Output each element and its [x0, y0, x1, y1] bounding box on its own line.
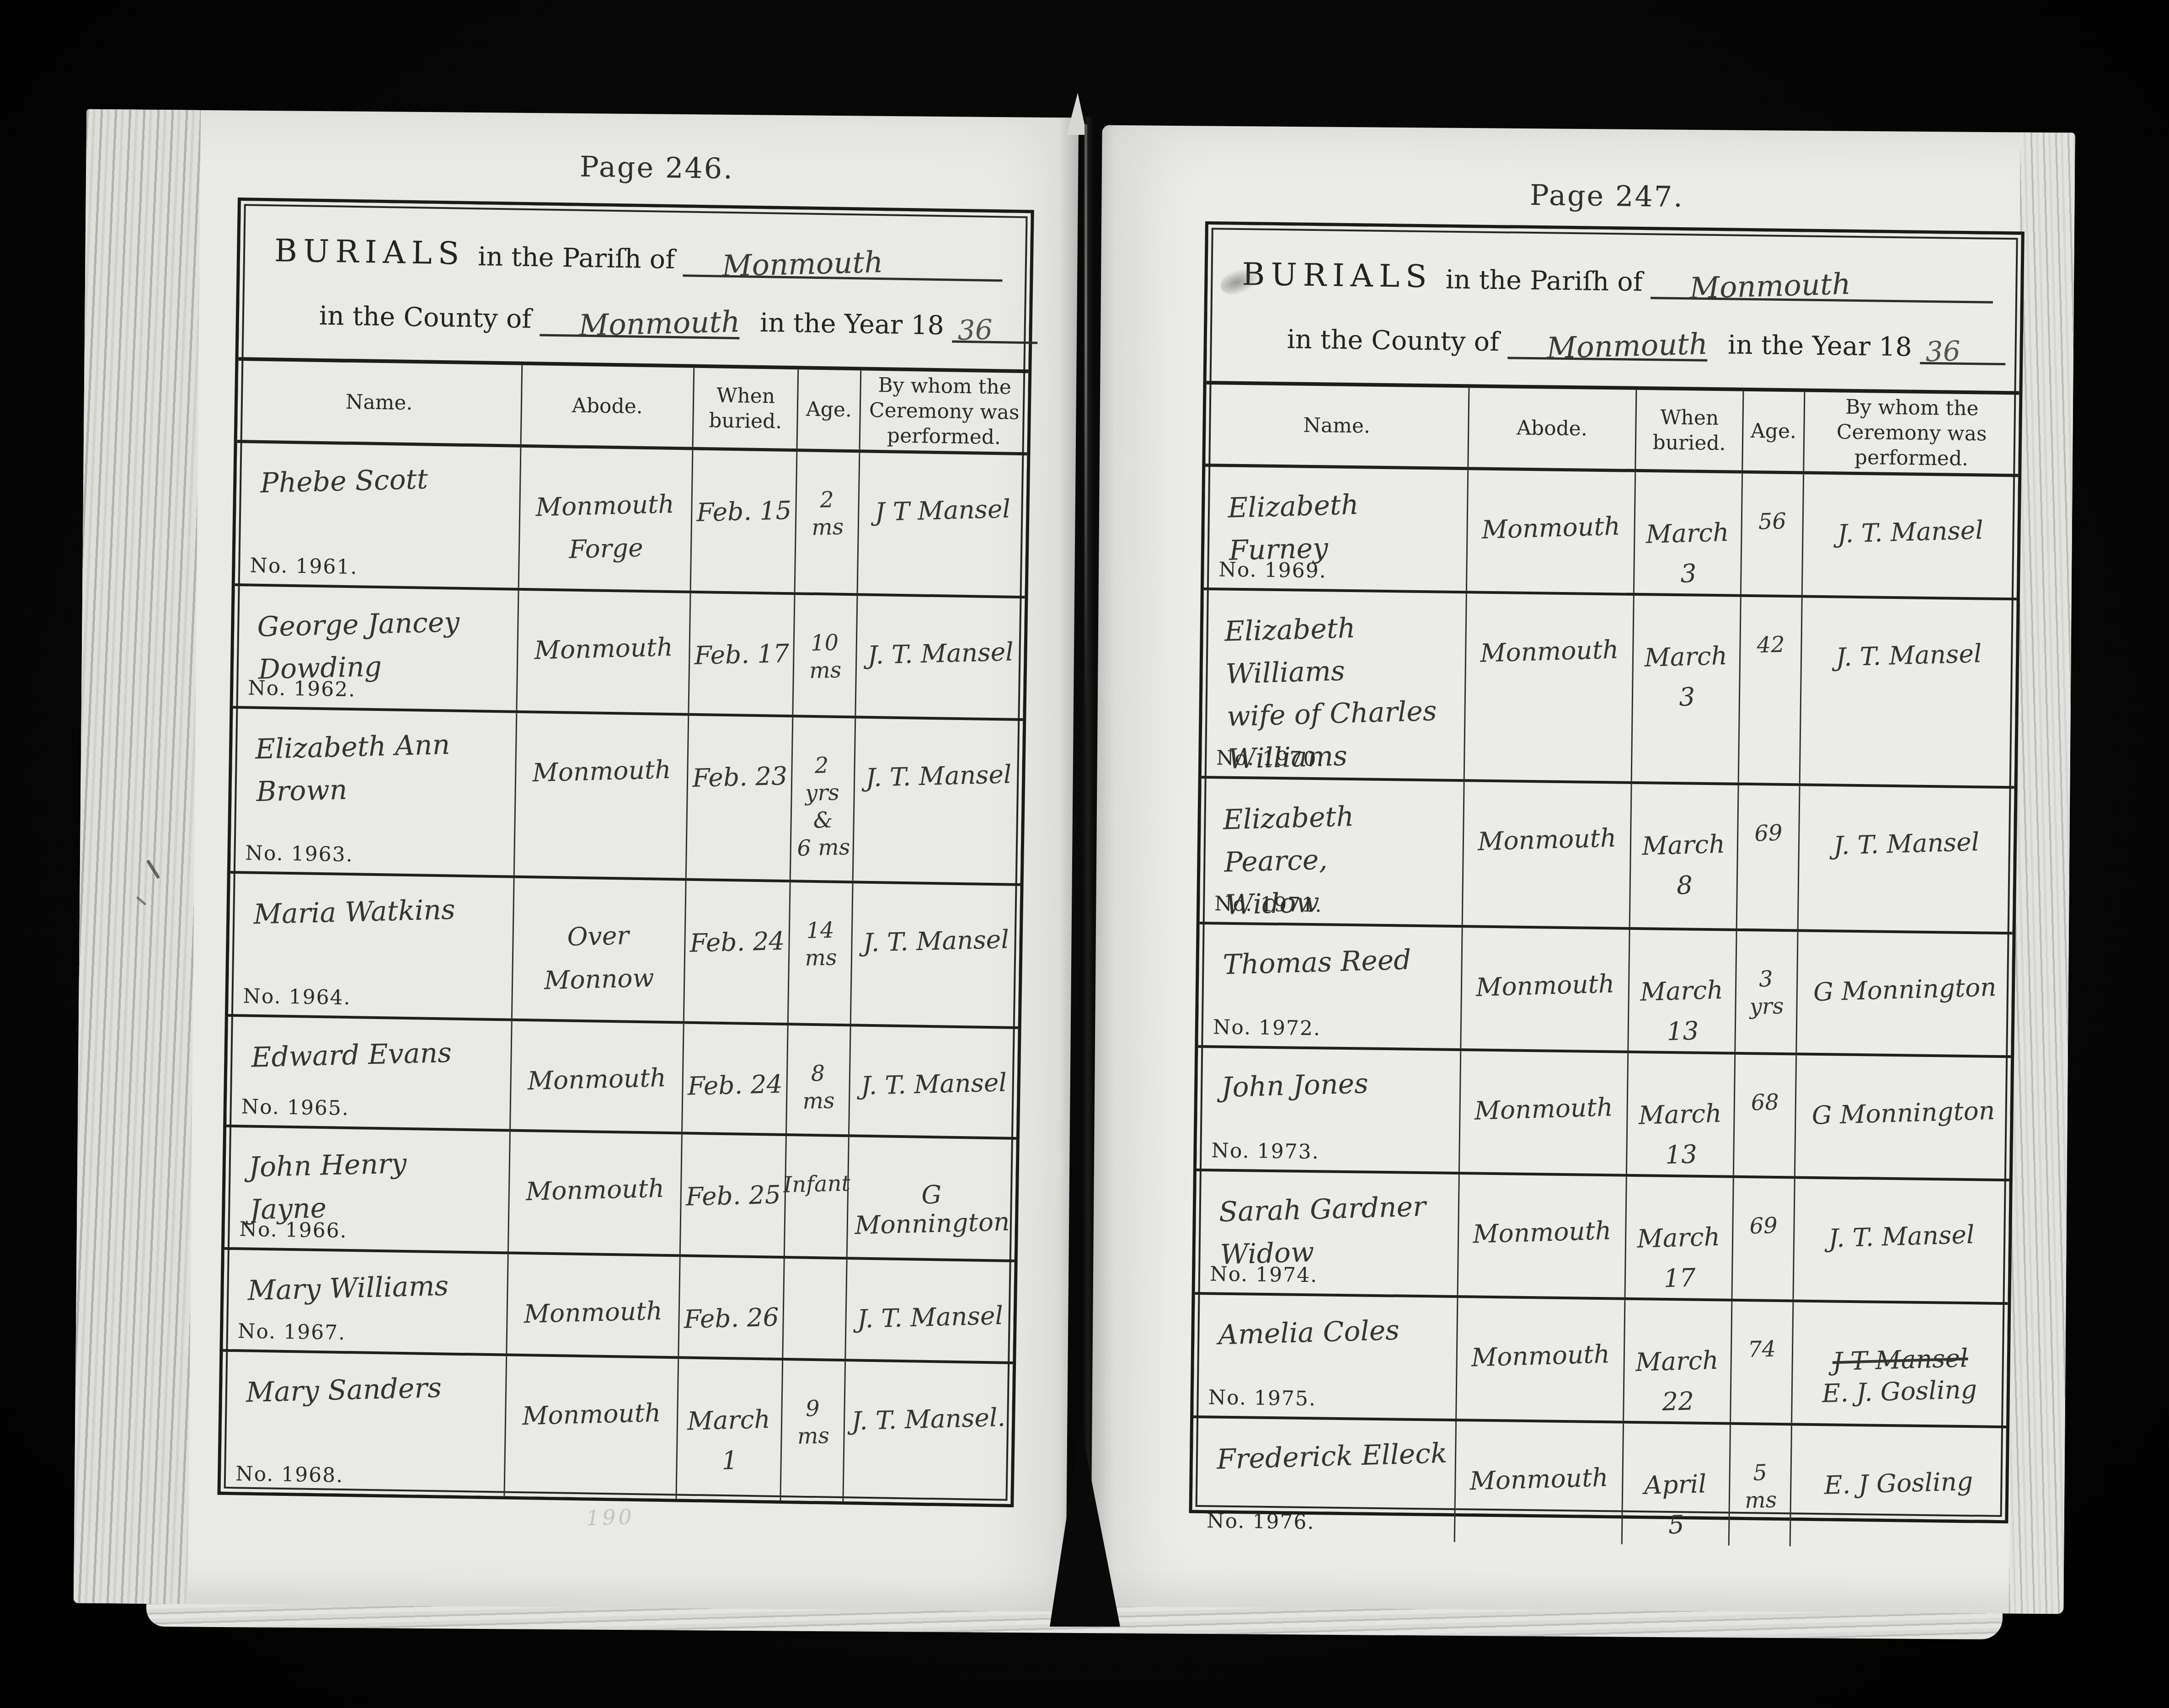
abode-value: Monmouth [534, 626, 673, 672]
col-header-age: Age. [796, 369, 860, 449]
col-header-abode: Abode. [520, 365, 693, 447]
name-value: Mary Sanders [246, 1367, 442, 1414]
col-header-when-buried: When buried. [1635, 390, 1743, 470]
col-header-name: Name. [237, 361, 521, 444]
when-buried-cell: March 8 [1629, 784, 1738, 929]
abode-value: Monmouth [525, 1167, 665, 1213]
celebrant-value: J. T. Mansel [857, 1301, 1004, 1334]
abode-value: Monmouth [1480, 628, 1619, 675]
age-value: Infant [783, 1169, 850, 1199]
abode-cell: Monmouth [513, 713, 688, 878]
county-year-line: in the County of Monmouth in the Year 18… [319, 285, 1002, 343]
abode-cell: Monmouth [1463, 593, 1633, 781]
when-value: March 22 [1635, 1340, 1720, 1423]
when-value: March 3 [1634, 512, 1742, 595]
when-value: March 13 [1640, 970, 1725, 1052]
col-header-when-buried: When buried. [692, 368, 798, 449]
celebrant-value: J. T. Mansel [1833, 827, 1980, 860]
burial-register-table-left: BURIALS in the Pariſh of Monmouth in the… [217, 197, 1034, 1507]
celebrant-cell: J. T. Mansel [1792, 1179, 2009, 1302]
age-cell: 10 ms [792, 595, 857, 715]
when-value: March 17 [1636, 1217, 1721, 1299]
age-cell: 69 [1731, 1178, 1794, 1300]
parish-value: Monmouth [1689, 268, 1852, 306]
when-buried-cell: March 13 [1627, 930, 1736, 1052]
col-header-ceremony: By whom the Ceremony was performed. [859, 370, 1028, 452]
when-buried-cell: March 1 [676, 1359, 782, 1500]
when-buried-cell: March 22 [1623, 1300, 1731, 1422]
when-buried-cell: March 3 [1630, 596, 1740, 783]
when-buried-cell: Feb. 15 [690, 450, 796, 592]
abode-value: Monmouth [527, 1057, 667, 1103]
burial-row-1972: Thomas ReedNo. 1972. Monmouth March 13 3… [1198, 922, 2012, 1055]
celebrant-value: J. T. Mansel [867, 637, 1014, 670]
col-header-ceremony: By whom the Ceremony was performed. [1803, 392, 2019, 474]
celebrant-cell: J T ManselE. J. Gosling [1791, 1302, 2008, 1425]
age-value: 2 ms [811, 486, 844, 542]
when-value: March 1 [677, 1399, 782, 1482]
abode-cell: Monmouth [1457, 1174, 1626, 1297]
abode-value: Monmouth [1481, 505, 1621, 551]
county-prefix: in the County of [319, 303, 531, 336]
burials-heading: BURIALS [274, 235, 465, 273]
when-buried-cell: Feb. 24 [683, 881, 790, 1023]
when-value: Feb. 17 [694, 633, 790, 676]
celebrant-value: J. T. Mansel [860, 1068, 1007, 1100]
celebrant-cell: J. T. Mansel [852, 718, 1023, 883]
abode-value: Monmouth [524, 1289, 663, 1335]
age-value: 9 ms [796, 1395, 830, 1451]
year-underline: 36 [952, 295, 1038, 344]
left-page-deckled-edge [74, 109, 201, 1604]
page-number-right: Page 247. [1530, 178, 1684, 213]
celebrant-cell: J. T. Mansel [1801, 474, 2018, 598]
celebrant-cell: G Monnington [1795, 932, 2012, 1055]
burial-row-1973: John JonesNo. 1973. Monmouth March 13 68… [1197, 1045, 2011, 1179]
abode-value: Monmouth [522, 1392, 661, 1438]
name-value: Edward Evans [251, 1032, 452, 1079]
name-cell: John JonesNo. 1973. [1197, 1048, 1460, 1172]
abode-value: Monmouth [532, 748, 671, 794]
burial-row-1965: Edward EvansNo. 1965. Monmouth Feb. 24 8… [226, 1014, 1018, 1137]
record-number: No. 1963. [245, 842, 353, 867]
name-value: Amelia Coles [1218, 1309, 1400, 1357]
parish-underline: Monmouth [683, 229, 1003, 282]
name-cell: Elizabeth FurneyNo. 1969. [1204, 467, 1467, 591]
name-value: Frederick Elleck [1216, 1432, 1448, 1481]
burial-row-1975: Amelia ColesNo. 1975. Monmouth March 22 … [1193, 1292, 2008, 1425]
when-value: March 8 [1630, 823, 1738, 907]
when-value: Feb. 24 [689, 921, 785, 963]
parish-prefix: in the Pariſh of [478, 244, 675, 277]
celebrant-cell: J. T. Mansel. [842, 1361, 1013, 1504]
record-number: No. 1967. [238, 1320, 346, 1345]
celebrant-cell: E. J Gosling [1789, 1425, 2006, 1549]
abode-cell: Monmouth [507, 1132, 681, 1254]
celebrant-value: J T Mansel [875, 495, 1011, 527]
abode-cell: Monmouth [506, 1254, 679, 1356]
celebrant-cell: J. T. Mansel [850, 884, 1020, 1026]
when-buried-cell: Feb. 23 [685, 715, 792, 880]
age-cell: 2 ms [794, 452, 859, 593]
age-cell: 69 [1736, 785, 1799, 929]
parish-value: Monmouth [721, 246, 883, 284]
when-buried-cell: Feb. 26 [678, 1257, 784, 1358]
record-number: No. 1964. [243, 984, 351, 1009]
age-value: 3 yrs [1749, 965, 1784, 1021]
name-cell: Mary WilliamsNo. 1967. [223, 1249, 507, 1353]
abode-cell: Monmouth [516, 590, 690, 713]
name-cell: Maria WatkinsNo. 1964. [228, 874, 513, 1018]
age-value: 69 [1754, 819, 1783, 848]
when-buried-cell: March 17 [1624, 1177, 1733, 1299]
when-buried-cell: March 13 [1626, 1053, 1735, 1175]
record-number: No. 1965. [241, 1095, 349, 1120]
record-number: No. 1961. [250, 554, 358, 579]
age-value: 69 [1749, 1212, 1778, 1240]
when-buried-cell: Feb. 25 [679, 1134, 785, 1255]
burial-row-1976: Frederick ElleckNo. 1976. Monmouth April… [1192, 1415, 2006, 1549]
burial-row-1966: John Henry JayneNo. 1966. Monmouth Feb. … [224, 1125, 1016, 1260]
age-value: 56 [1758, 507, 1787, 536]
celebrant-value: G Monnington [1813, 973, 1997, 1007]
celebrant-cell: J. T. Mansel [848, 1026, 1018, 1137]
age-value: 74 [1747, 1335, 1776, 1364]
record-number: No. 1973. [1211, 1139, 1320, 1164]
age-value: 10 ms [808, 629, 842, 684]
parish-line: BURIALS in the Pariſh of Monmouth [1242, 246, 1993, 304]
abode-cell: Monmouth [1453, 1421, 1623, 1544]
burial-row-1971: Elizabeth Pearce, WidowNo. 1971. Monmout… [1200, 776, 2014, 932]
parish-underline: Monmouth [1651, 251, 1993, 303]
abode-cell: Monmouth [1460, 928, 1629, 1051]
name-cell: Edward EvansNo. 1965. [226, 1017, 511, 1129]
when-value: March 13 [1638, 1093, 1723, 1176]
when-buried-cell: March 3 [1633, 472, 1742, 594]
record-number: No. 1971. [1214, 892, 1323, 917]
abode-value: Monmouth [1469, 1456, 1609, 1503]
age-cell [782, 1259, 846, 1359]
celebrant-struck-value: J T Mansel [1832, 1344, 1968, 1376]
abode-value: Monmouth [1472, 1209, 1612, 1256]
name-value: Elizabeth Ann Brown [255, 723, 451, 813]
age-value: 42 [1757, 631, 1785, 659]
age-value: 5 ms [1743, 1459, 1777, 1515]
record-number: No. 1962. [248, 676, 356, 701]
celebrant-value: J. T. Mansel [1836, 639, 1982, 672]
name-cell: Amelia ColesNo. 1975. [1193, 1295, 1457, 1419]
burial-row-1963: Elizabeth Ann BrownNo. 1963. Monmouth Fe… [230, 705, 1023, 883]
page-corner-sliver [1067, 93, 1087, 135]
year-underline: 36 [1920, 316, 2006, 365]
burial-row-1968: Mary SandersNo. 1968. Monmouth March 1 9… [221, 1349, 1013, 1504]
column-headers-right: Name. Abode. When buried. Age. By whom t… [1205, 384, 2019, 477]
col-header-abode: Abode. [1467, 388, 1635, 469]
celebrant-value: J. T. Mansel [1837, 516, 1984, 549]
name-value: Maria Watkins [253, 889, 455, 936]
name-cell: Elizabeth Ann BrownNo. 1963. [230, 708, 516, 875]
abode-cell: Monmouth [1458, 1051, 1627, 1174]
gutter-seam-line [1084, 124, 1087, 719]
age-value: 68 [1751, 1089, 1779, 1117]
celebrant-value: J. T. Mansel [863, 925, 1010, 958]
abode-value: Monmouth [1477, 817, 1617, 863]
when-buried-cell: April 5 [1621, 1424, 1730, 1546]
celebrant-cell: J. T. Mansel [855, 596, 1025, 718]
column-headers-left: Name. Abode. When buried. Age. By whom t… [237, 361, 1029, 455]
county-underline: Monmouth [1507, 311, 1708, 361]
name-value: Phebe Scott [260, 458, 428, 505]
age-cell: 2 yrs & 6 ms [790, 717, 855, 881]
age-cell: 42 [1738, 597, 1801, 784]
age-cell: Infant [784, 1136, 848, 1257]
age-value: 8 ms [801, 1059, 835, 1115]
age-cell: 56 [1740, 474, 1803, 595]
abode-value: Monmouth [1470, 1333, 1610, 1379]
parish-line: BURIALS in the Pariſh of Monmouth [274, 222, 1003, 282]
name-cell: Sarah Gardner WidowNo. 1974. [1195, 1171, 1458, 1295]
burial-row-1970: Elizabeth Williams wife of Charles Willi… [1202, 587, 2017, 786]
faint-pencil-mark: 190 [586, 1504, 635, 1531]
name-cell: Elizabeth Pearce, WidowNo. 1971. [1200, 779, 1463, 925]
abode-cell: Monmouth [1461, 782, 1630, 927]
when-value: Feb. 23 [692, 755, 788, 798]
celebrant-value: G Monnington [848, 1178, 1016, 1240]
age-value: 14 ms [804, 917, 837, 972]
when-value: March 3 [1632, 635, 1740, 718]
burial-row-1962: George Jancey DowdingNo. 1962. Monmouth … [233, 583, 1025, 718]
celebrant-value: J. T. Mansel [1828, 1220, 1975, 1253]
name-value: Thomas Reed [1222, 939, 1411, 987]
burial-row-1974: Sarah Gardner WidowNo. 1974. Monmouth Ma… [1195, 1169, 2009, 1302]
register-header-left: BURIALS in the Pariſh of Monmouth in the… [238, 201, 1031, 373]
register-scan: Page 246. Page 247. BURIALS in the Pariſ… [0, 0, 2169, 1708]
burial-row-1961: Phebe ScottNo. 1961. Monmouth Forge Feb.… [235, 443, 1027, 596]
table-body-left: Phebe ScottNo. 1961. Monmouth Forge Feb.… [221, 443, 1027, 1504]
burial-row-1964: Maria WatkinsNo. 1964. Over Monnow Feb. … [228, 871, 1020, 1026]
col-header-age: Age. [1742, 391, 1804, 471]
when-buried-cell: Feb. 17 [688, 593, 794, 714]
name-cell: Mary SandersNo. 1968. [221, 1352, 506, 1496]
celebrant-value: J. T. Mansel. [851, 1403, 1006, 1436]
record-number: No. 1966. [239, 1217, 347, 1243]
age-value: 2 yrs & 6 ms [795, 751, 850, 862]
abode-cell: Monmouth [503, 1356, 678, 1499]
when-value: Feb. 26 [684, 1297, 780, 1339]
record-number: No. 1969. [1218, 558, 1327, 582]
record-number: No. 1975. [1208, 1386, 1316, 1410]
year-value: 36 [957, 314, 993, 347]
county-prefix: in the County of [1287, 326, 1499, 359]
name-value: John Jones [1221, 1062, 1369, 1109]
name-cell: John Henry JayneNo. 1966. [224, 1127, 509, 1251]
when-buried-cell: Feb. 24 [681, 1024, 787, 1133]
year-prefix: in the Year 18 [1727, 332, 1912, 364]
year-prefix: in the Year 18 [759, 310, 944, 342]
name-cell: George Jancey DowdingNo. 1962. [233, 586, 518, 710]
abode-cell: Monmouth Forge [518, 448, 692, 591]
county-value: Monmouth [578, 306, 740, 343]
year-value: 36 [1925, 336, 1961, 368]
name-cell: Phebe ScottNo. 1961. [235, 443, 520, 587]
celebrant-cell: J. T. Mansel [844, 1260, 1014, 1362]
celebrant-cell: J T Mansel [856, 453, 1027, 595]
page-number-left: Page 246. [580, 150, 734, 186]
abode-value: Over Monnow [543, 914, 655, 1002]
celebrant-value: E. J. Gosling [1822, 1375, 1978, 1409]
abode-cell: Monmouth [1465, 470, 1635, 593]
abode-cell: Monmouth [509, 1021, 683, 1132]
age-cell: 9 ms [780, 1361, 844, 1501]
burial-row-1967: Mary WilliamsNo. 1967. Monmouth Feb. 26 … [223, 1247, 1014, 1361]
name-value: Mary Williams [247, 1265, 449, 1312]
abode-value: Monmouth [1474, 1086, 1613, 1132]
name-cell: Thomas ReedNo. 1972. [1198, 924, 1461, 1048]
burials-heading: BURIALS [1242, 259, 1433, 296]
age-cell: 3 yrs [1735, 931, 1797, 1053]
abode-cell: Over Monnow [511, 878, 685, 1021]
age-cell: 5 ms [1728, 1425, 1791, 1547]
abode-value: Monmouth [1475, 962, 1615, 1009]
age-cell: 74 [1730, 1302, 1793, 1423]
abode-cell: Monmouth [1455, 1298, 1624, 1421]
record-number: No. 1974. [1210, 1262, 1318, 1287]
burial-register-table-right: BURIALS in the Pariſh of Monmouth in the… [1189, 221, 2024, 1523]
county-value: Monmouth [1546, 328, 1708, 366]
when-value: Feb. 25 [685, 1174, 781, 1217]
table-body-right: Elizabeth FurneyNo. 1969. Monmouth March… [1192, 467, 2018, 1549]
record-number: No. 1972. [1213, 1015, 1321, 1040]
register-header-right: BURIALS in the Pariſh of Monmouth in the… [1207, 224, 2021, 395]
record-number: No. 1970. [1216, 746, 1325, 771]
celebrant-value: G Monnington [1811, 1096, 1995, 1130]
when-value: April 5 [1644, 1463, 1708, 1546]
abode-value: Monmouth Forge [535, 483, 676, 571]
record-number: No. 1976. [1207, 1509, 1315, 1534]
record-number: No. 1968. [235, 1462, 344, 1487]
celebrant-cell: J. T. Mansel [1799, 598, 2016, 786]
col-header-name: Name. [1205, 384, 1468, 467]
age-cell: 14 ms [787, 882, 852, 1024]
age-cell: 68 [1733, 1055, 1795, 1176]
age-cell: 8 ms [785, 1025, 849, 1134]
celebrant-cell: G Monnington [1794, 1055, 2011, 1179]
celebrant-cell: G Monnington [846, 1137, 1016, 1259]
county-underline: Monmouth [540, 288, 740, 339]
burial-row-1969: Elizabeth FurneyNo. 1969. Monmouth March… [1204, 467, 2018, 598]
when-value: Feb. 24 [687, 1064, 783, 1106]
celebrant-value: E. J Gosling [1824, 1467, 1973, 1500]
celebrant-cell: J. T. Mansel [1797, 786, 2014, 932]
parish-prefix: in the Pariſh of [1445, 267, 1643, 299]
county-year-line: in the County of Monmouth in the Year 18… [1287, 308, 1993, 365]
celebrant-value: J. T. Mansel [865, 760, 1012, 792]
name-cell: Frederick ElleckNo. 1976. [1192, 1418, 1455, 1542]
name-cell: Elizabeth Williams wife of Charles Willi… [1202, 590, 1466, 779]
when-value: Feb. 15 [696, 490, 792, 533]
